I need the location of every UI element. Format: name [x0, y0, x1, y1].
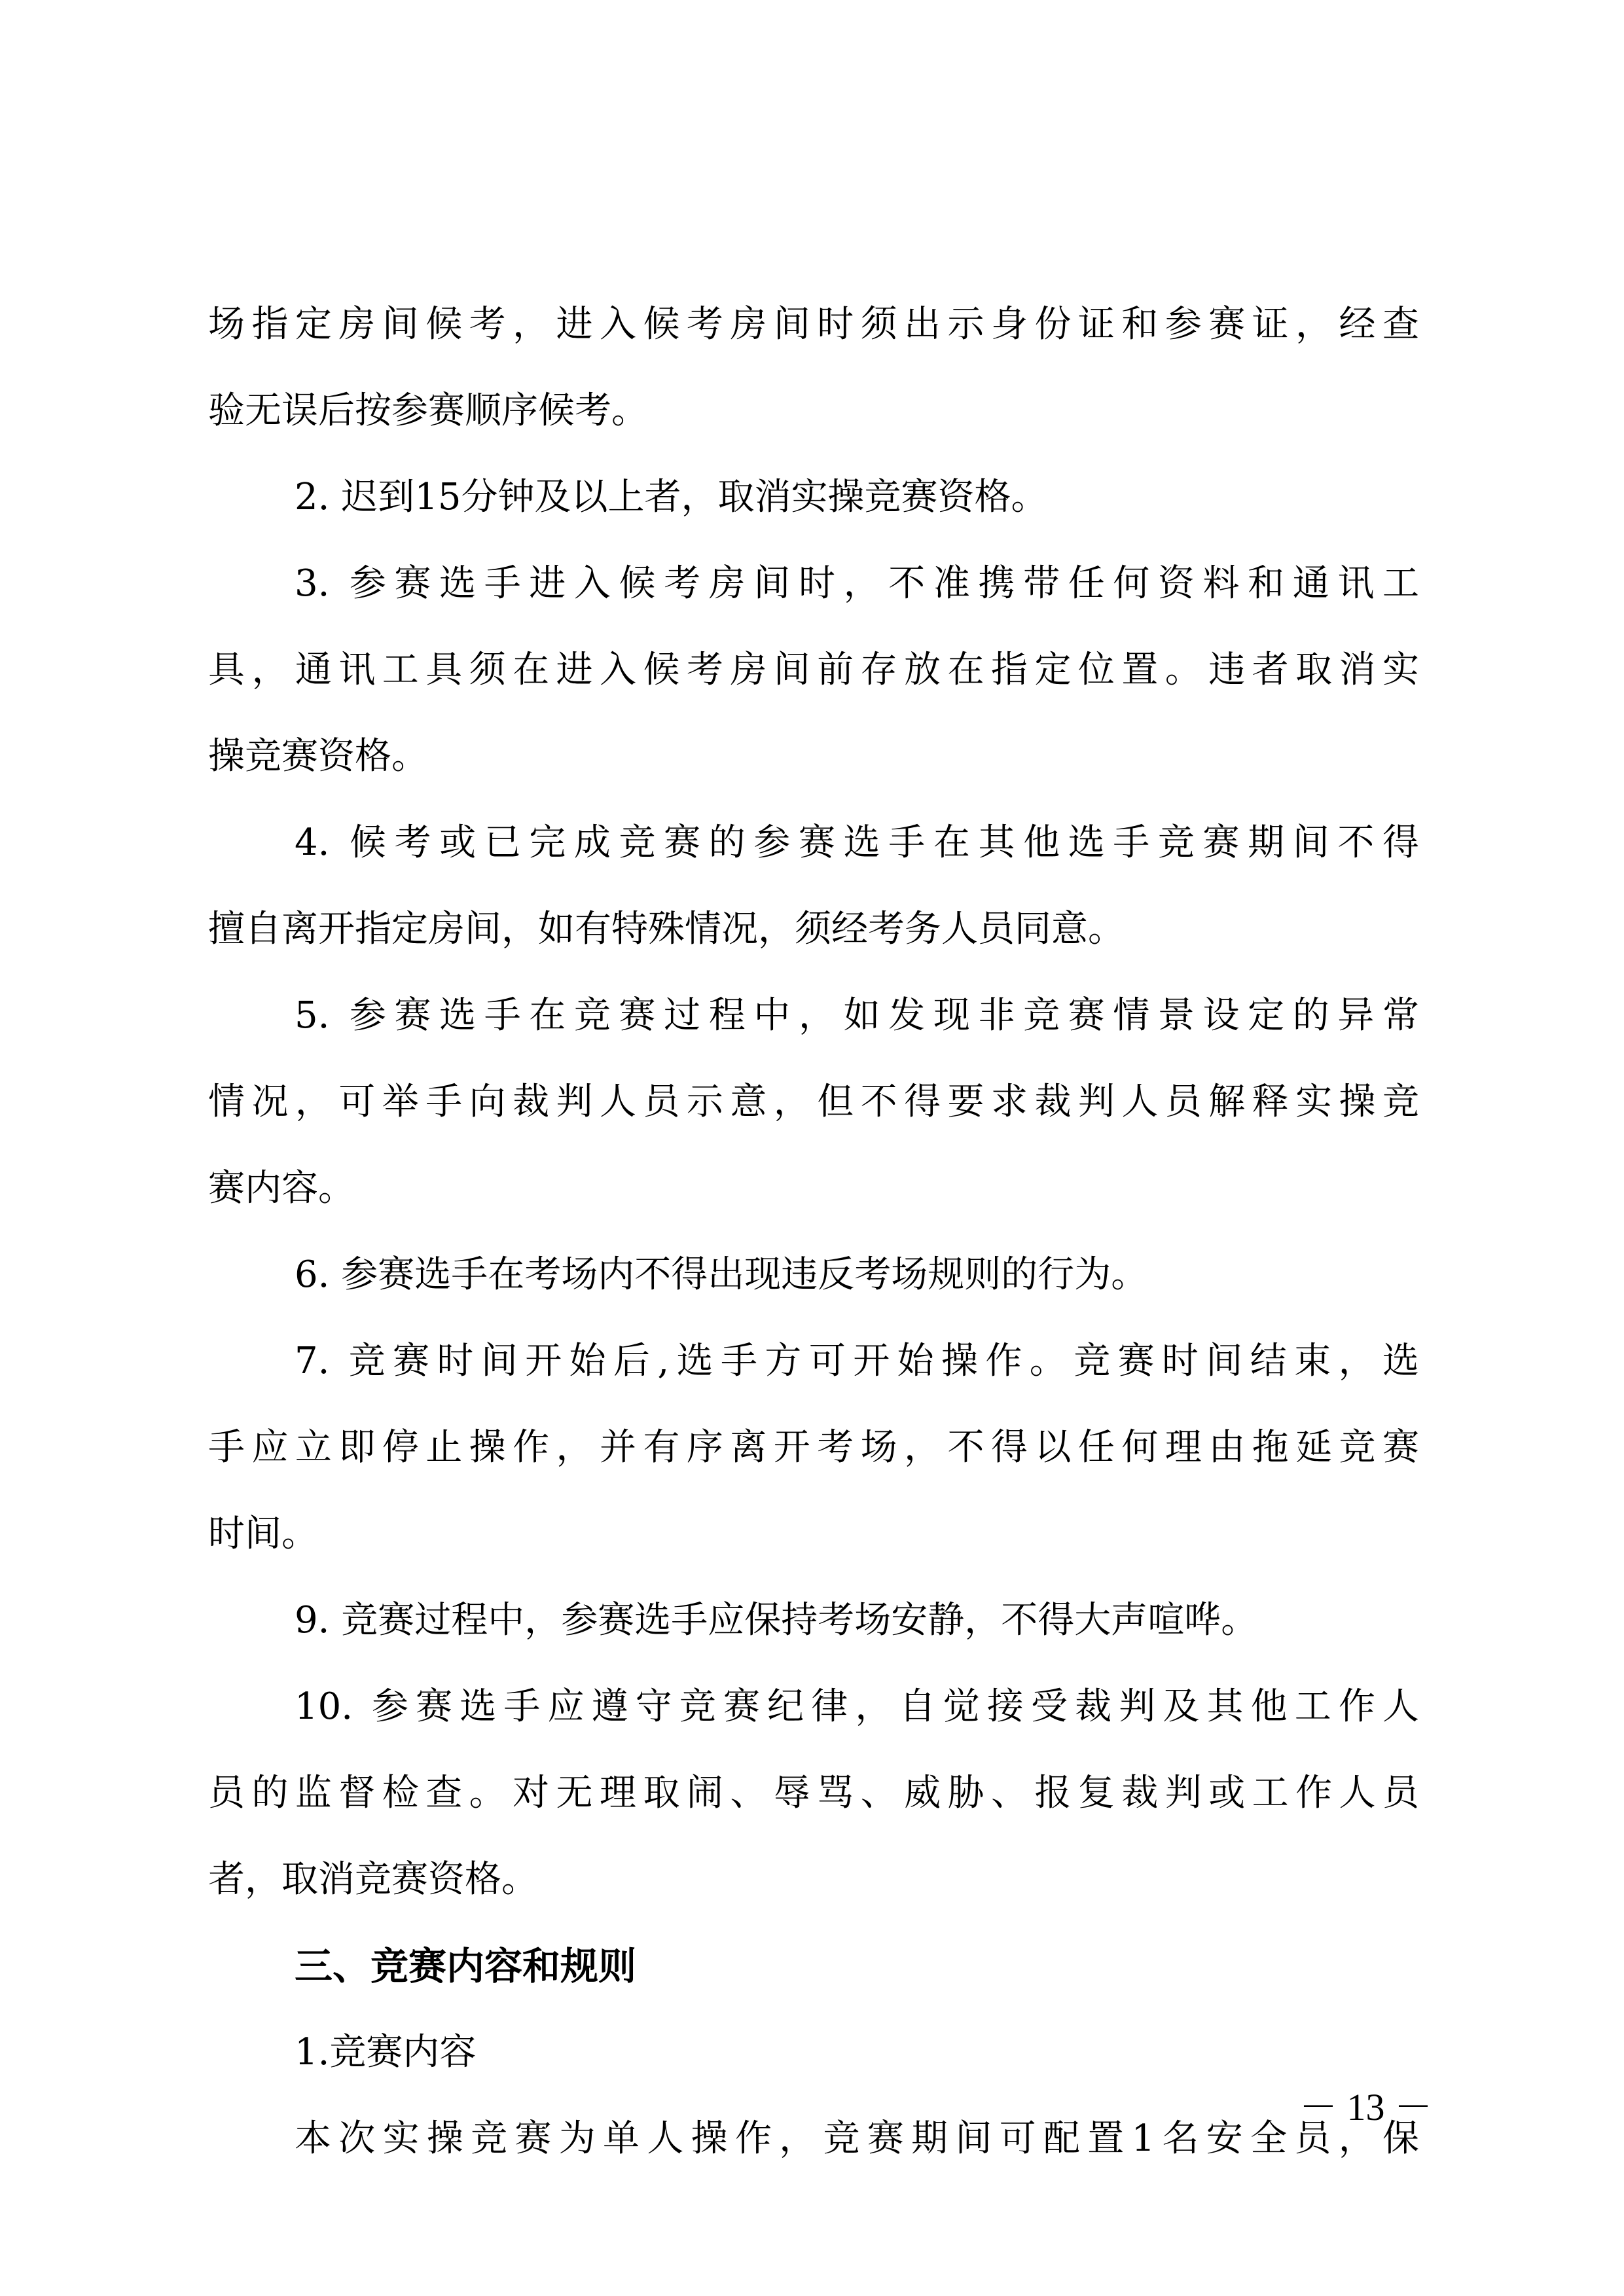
list-item-4-continued: 擅自离开指定房间，如有特殊情况，须经考务人员同意。: [208, 886, 1125, 973]
body-text-line: 本次实操竞赛为单人操作，竞赛期间可配置1名安全员，保: [295, 2096, 1419, 2182]
list-item-3: 3. 参赛选手进入候考房间时，不准携带任何资料和通讯工: [295, 541, 1419, 627]
list-item-7: 7. 竞赛时间开始后,选手方可开始操作。竞赛时间结束，选: [295, 1318, 1419, 1405]
list-item-10-continued: 者，取消竞赛资格。: [208, 1837, 538, 1923]
body-text-line: 验无误后按参赛顺序候考。: [208, 368, 648, 454]
list-item-7-continued: 时间。: [208, 1491, 318, 1577]
list-item-7-continued: 手应立即停止操作，并有序离开考场，不得以任何理由拖延竞赛: [208, 1405, 1419, 1491]
subsection-heading: 1.竞赛内容: [295, 2009, 476, 2096]
list-item-9: 9. 竞赛过程中，参赛选手应保持考场安静，不得大声喧哗。: [295, 1577, 1257, 1664]
list-item-6: 6. 参赛选手在考场内不得出现违反考场规则的行为。: [295, 1232, 1147, 1318]
list-item-5: 5. 参赛选手在竞赛过程中，如发现非竞赛情景设定的异常: [295, 973, 1419, 1059]
page-number: － 13 －: [1299, 2081, 1432, 2134]
list-item-3-continued: 操竞赛资格。: [208, 713, 428, 800]
list-item-3-continued: 具，通讯工具须在进入候考房间前存放在指定位置。违者取消实: [208, 627, 1419, 713]
list-item-10: 10. 参赛选手应遵守竞赛纪律，自觉接受裁判及其他工作人: [295, 1664, 1419, 1750]
list-item-10-continued: 员的监督检查。对无理取闹、辱骂、威胁、报复裁判或工作人员: [208, 1750, 1419, 1837]
list-item-5-continued: 赛内容。: [208, 1145, 355, 1232]
list-item-5-continued: 情况，可举手向裁判人员示意，但不得要求裁判人员解释实操竞: [208, 1059, 1419, 1145]
list-item-2: 2. 迟到15分钟及以上者，取消实操竞赛资格。: [295, 454, 1048, 541]
body-text-line: 场指定房间候考，进入候考房间时须出示身份证和参赛证，经查: [208, 281, 1419, 368]
list-item-4: 4. 候考或已完成竞赛的参赛选手在其他选手竞赛期间不得: [295, 800, 1419, 886]
section-heading: 三、竞赛内容和规则: [295, 1923, 636, 2009]
